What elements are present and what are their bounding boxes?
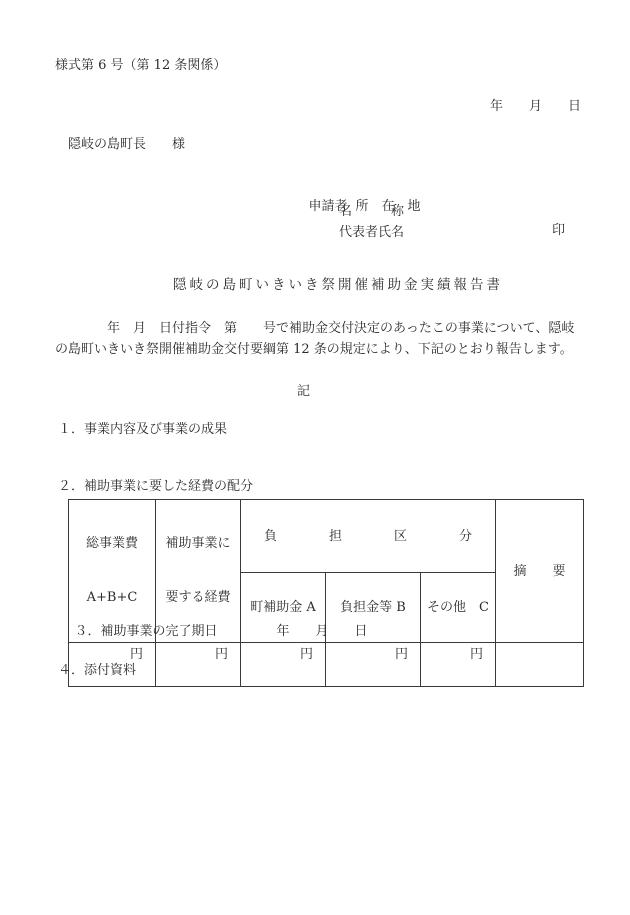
remarks-value-cell (496, 643, 584, 687)
required-expense-label-line1: 補助事業に (156, 534, 240, 554)
total-cost-label-line1: 総事業費 (69, 534, 155, 554)
applicant-representative-label: 代表者氏名 (339, 224, 404, 241)
record-marker: 記 (297, 383, 310, 400)
applicant-name-label: 名 称 (339, 203, 404, 220)
section-2-heading: ２．補助事業に要した経費の配分 (58, 478, 253, 495)
body-paragraph-line1: 年 月 日付指令 第 号で補助金交付決定のあったこの事業について、隠岐 (55, 320, 574, 337)
section-3-heading: ３．補助事業の完了期日年 月 日 (58, 606, 368, 657)
subsidy-report-form-page: 様式第 6 号（第 12 条関係） 年 月 日 隠岐の島町長 様 申請者所 在 … (0, 0, 630, 915)
section-1-heading: １．事業内容及び事業の成果 (58, 421, 227, 438)
burden-category-header-cell: 負 担 区 分 (241, 500, 496, 573)
expenses-allocation-table: 総事業費 A+B+C 補助事業に 要する経費 負 担 区 分 摘 要 町補助金 … (68, 499, 584, 687)
other-header-cell: その他 C (421, 573, 496, 643)
total-cost-label-line2: A+B+C (69, 588, 155, 608)
body-paragraph-line2: の島町いきいき祭開催補助金交付要綱第 12 条の規定により、下記のとおり報告しま… (55, 341, 573, 358)
section-3-label: ３．補助事業の完了期日 (75, 624, 218, 639)
form-number-label: 様式第 6 号（第 12 条関係） (55, 57, 226, 74)
section-3-date: 年 月 日 (277, 623, 368, 640)
required-expense-label-line2: 要する経費 (156, 588, 240, 608)
document-title: 隠岐の島町いきいき祭開催補助金実績報告書 (173, 277, 503, 294)
other-value-cell: 円 (421, 643, 496, 687)
addressee-line: 隠岐の島町長 様 (68, 136, 185, 153)
remarks-header-cell: 摘 要 (496, 500, 584, 643)
section-4-heading: ４．添付資料 (58, 662, 136, 679)
date-line: 年 月 日 (490, 98, 581, 115)
seal-label: 印 (552, 222, 565, 239)
